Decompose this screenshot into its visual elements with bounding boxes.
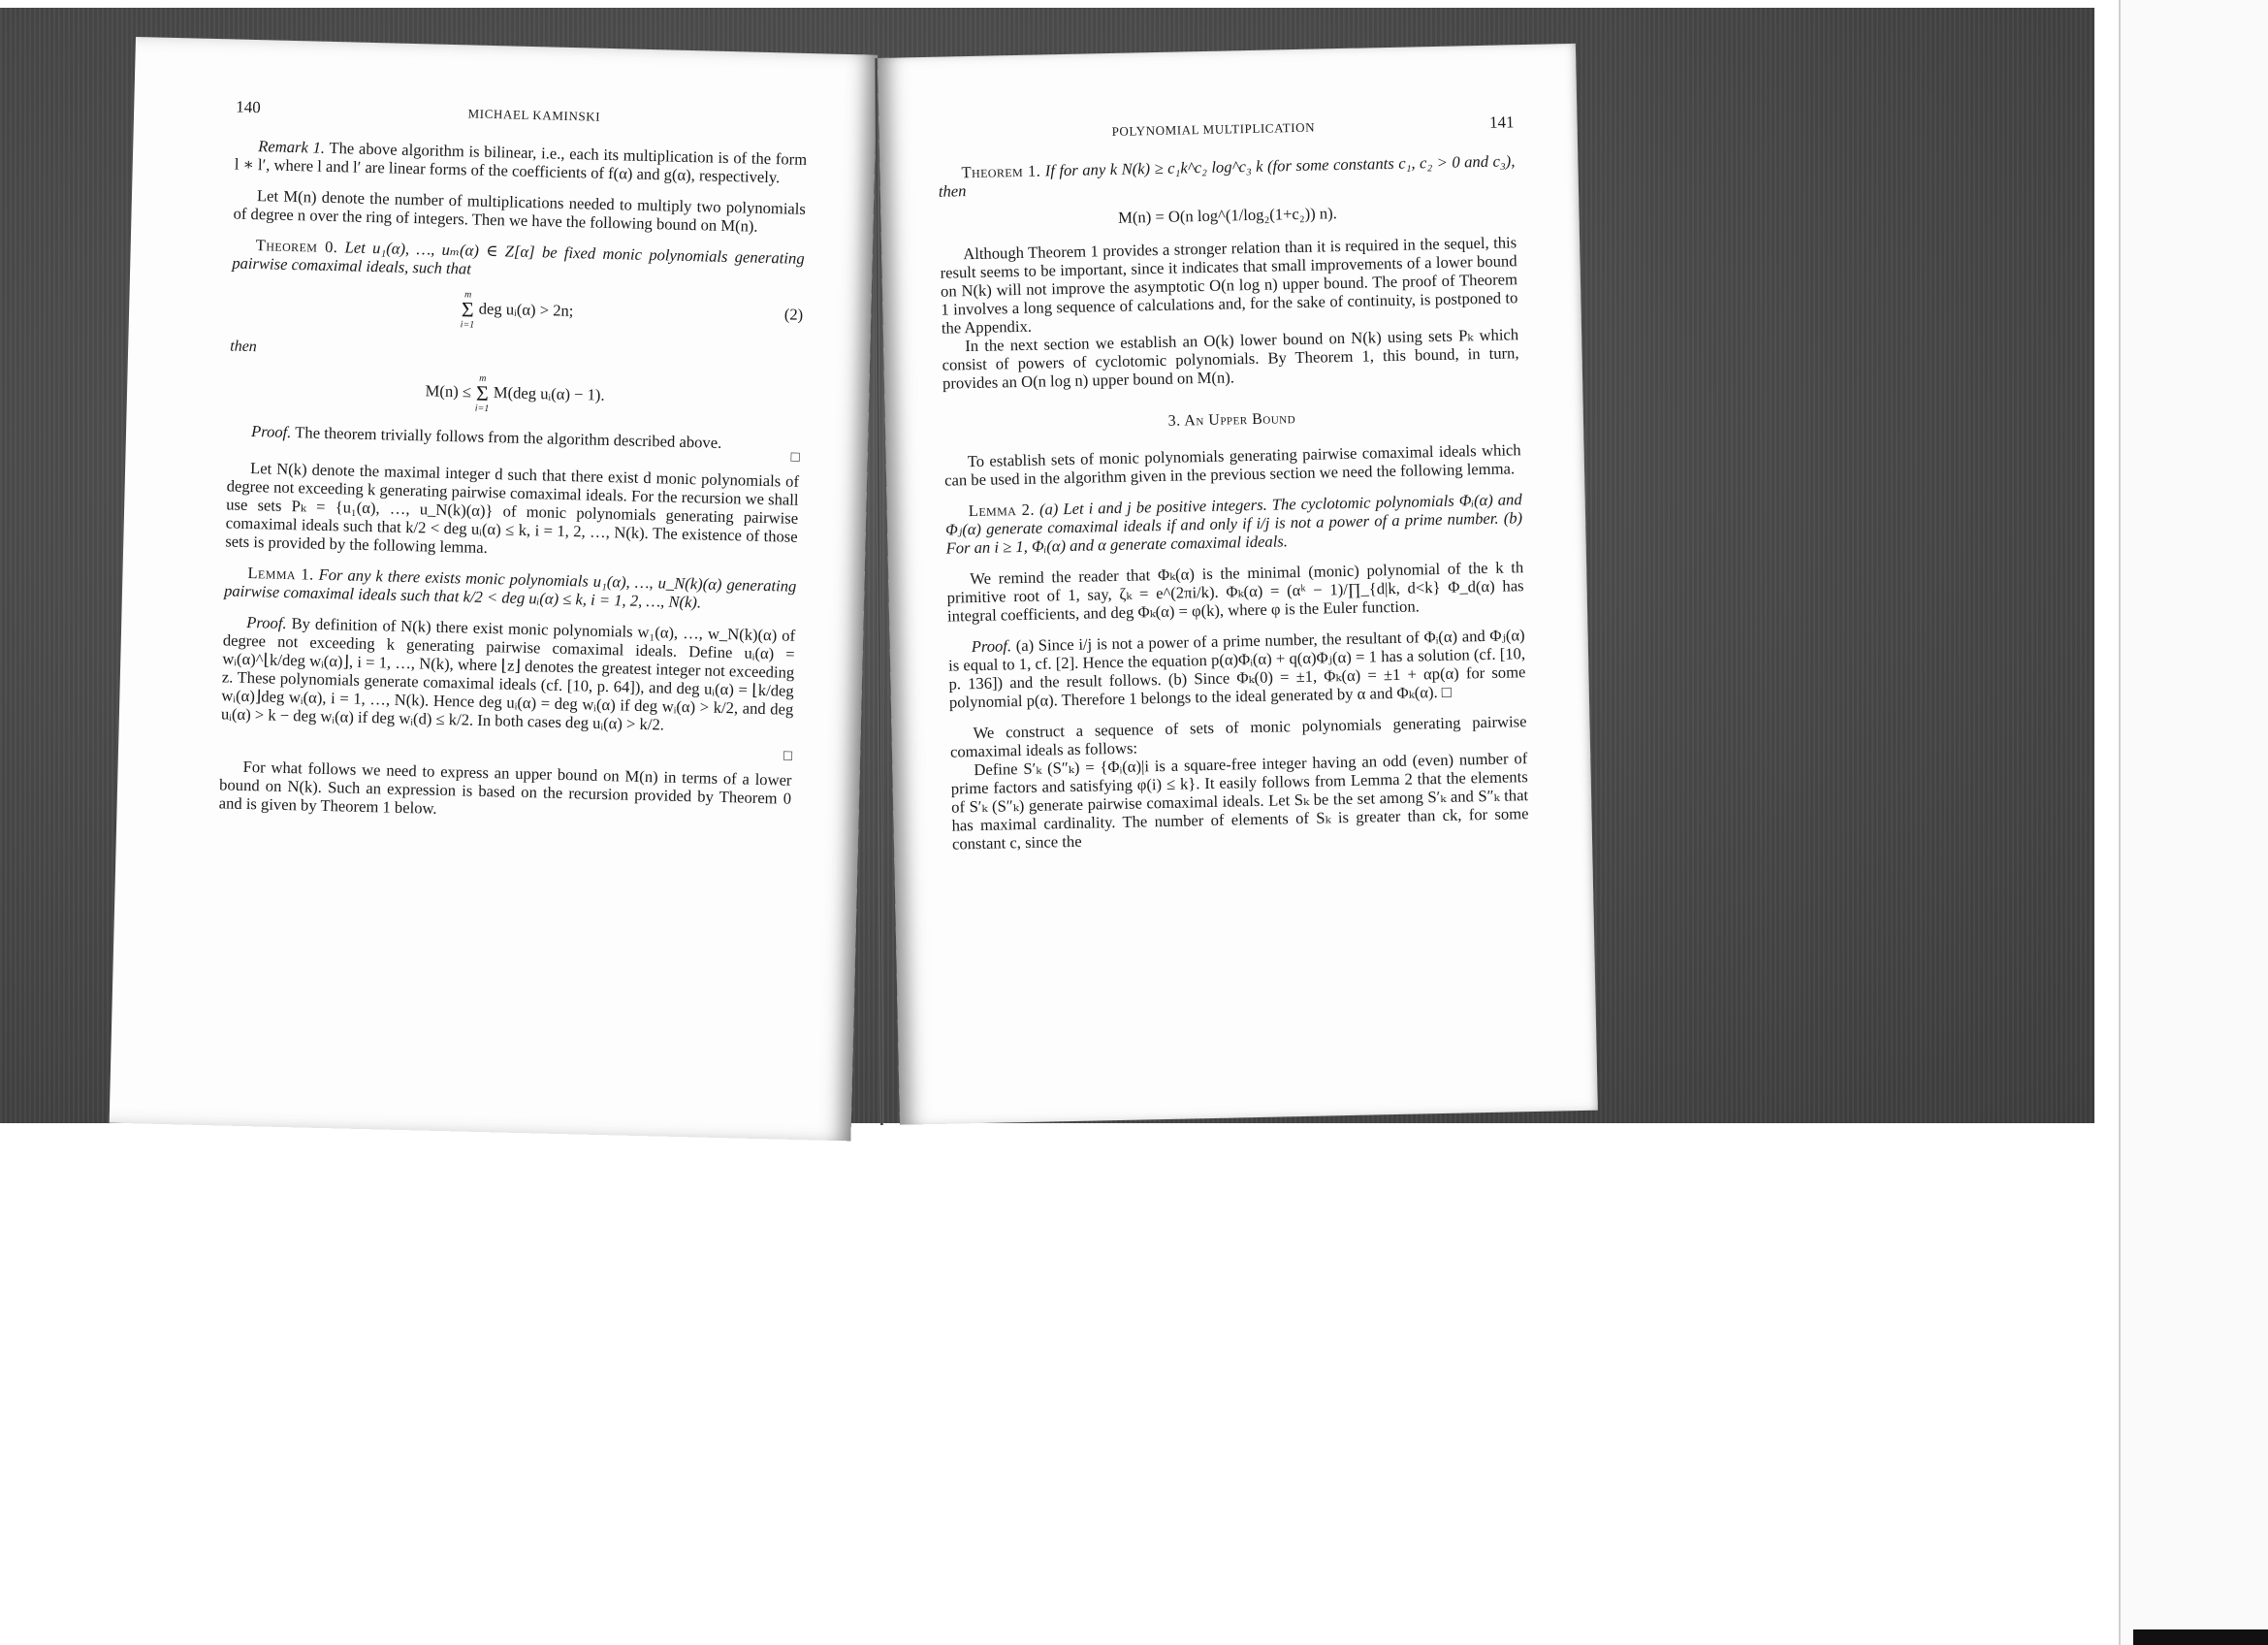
paragraph-mn-definition: Let M(n) denote the number of multiplica…: [233, 186, 806, 237]
page-number: 141: [1489, 113, 1515, 133]
remark-label: Remark 1.: [258, 137, 325, 157]
paragraph-define: Define S′ₖ (S″ₖ) = {Φᵢ(α)|i is a square-…: [950, 749, 1529, 853]
paragraph-although: Although Theorem 1 provides a stronger r…: [940, 233, 1518, 337]
summation: m Σ i=1: [460, 289, 475, 330]
lemma-1: Lemma 1. For any k there exists monic po…: [224, 563, 797, 613]
running-head-left: 140 MICHAEL KAMINSKI: [236, 98, 808, 131]
paragraph-remind: We remind the reader that Φₖ(α) is the m…: [946, 558, 1524, 625]
summation: m Σ i=1: [475, 373, 491, 414]
sigma-symbol: Σ: [461, 300, 475, 319]
paragraph-establish: To establish sets of monic polynomials g…: [944, 440, 1522, 489]
proof-lemma-2: Proof. (a) Since i/j is not a power of a…: [948, 626, 1526, 711]
theorem-1: Theorem 1. If for any k N(k) ≥ c₁k^c₂ lo…: [938, 151, 1516, 200]
author-running-head: MICHAEL KAMINSKI: [261, 101, 809, 130]
remark-1: Remark 1. The above algorithm is bilinea…: [235, 137, 808, 187]
proof-lemma-1: Proof. By definition of N(k) there exist…: [221, 612, 796, 736]
equation-2: m Σ i=1 deg uᵢ(α) > 2n; (2): [231, 283, 804, 338]
scanner-margin: [2119, 0, 2268, 1645]
page-141: POLYNOMIAL MULTIPLICATION 141 Theorem 1.…: [878, 44, 1598, 1125]
section-heading: 3. An Upper Bound: [943, 405, 1520, 435]
page-140: 140 MICHAEL KAMINSKI Remark 1. The above…: [110, 37, 878, 1141]
equation-body: deg uᵢ(α) > 2n;: [479, 300, 574, 320]
scanner-edge: [2133, 1629, 2268, 1645]
then-word: then: [230, 338, 802, 369]
page-number: 140: [236, 98, 261, 118]
sigma-symbol: Σ: [475, 384, 490, 403]
equation-number: (2): [784, 305, 804, 324]
paragraph-nk-definition: Let N(k) denote the maximal integer d su…: [225, 458, 799, 564]
title-running-head: POLYNOMIAL MULTIPLICATION: [938, 116, 1490, 144]
equation-theorem-1: M(n) = O(n log^(1/log₂(1+c₂)) n).: [939, 200, 1516, 231]
paragraph-final: For what follows we need to express an u…: [218, 757, 791, 825]
theorem-label: Theorem 0.: [256, 236, 338, 256]
lemma-2: Lemma 2. (a) Let i and j be positive int…: [945, 490, 1523, 557]
equation-3: M(n) ≤ m Σ i=1 M(deg uᵢ(α) − 1).: [229, 367, 802, 421]
theorem-0: Theorem 0. Let u₁(α), …, uₘ(α) ∈ Z[α] be…: [232, 236, 805, 286]
running-head-right: POLYNOMIAL MULTIPLICATION 141: [937, 113, 1514, 144]
paragraph-next-section: In the next section we establish an O(k)…: [942, 325, 1519, 392]
